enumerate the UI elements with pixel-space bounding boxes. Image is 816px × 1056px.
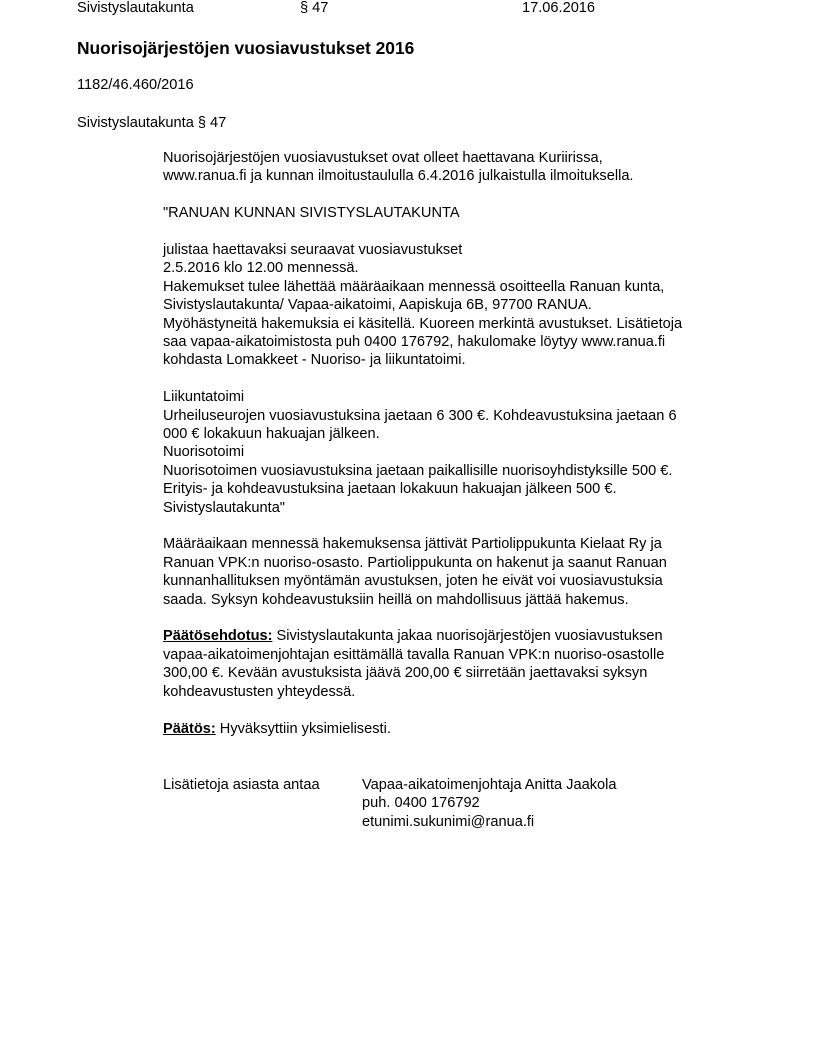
announcement-line: Myöhästyneitä hakemuksia ei käsitellä. K… bbox=[163, 315, 763, 333]
announcement-line: Sivistyslautakunta/ Vapaa-aikatoimi, Aap… bbox=[163, 296, 763, 314]
proposal-line: kohdeavustusten yhteydessä. bbox=[163, 683, 763, 701]
intro-line: www.ranua.fi ja kunnan ilmoitustaululla … bbox=[163, 167, 763, 185]
grants-line: Liikuntatoimi bbox=[163, 388, 763, 406]
announcement-heading: "RANUAN KUNNAN SIVISTYSLAUTAKUNTA bbox=[163, 204, 763, 222]
applicants-line: Ranuan VPK:n nuoriso-osasto. Partiolippu… bbox=[163, 554, 763, 572]
decision-text: Hyväksyttiin yksimielisesti. bbox=[216, 721, 391, 737]
document-title: Nuorisojärjestöjen vuosiavustukset 2016 bbox=[77, 37, 414, 59]
announcement-line: Hakemukset tulee lähettää määräaikaan me… bbox=[163, 278, 763, 296]
announcement-line: 2.5.2016 klo 12.00 mennessä. bbox=[163, 259, 763, 277]
contact-phone: puh. 0400 176792 bbox=[362, 794, 616, 812]
announcement-line: kohdasta Lomakkeet - Nuoriso- ja liikunt… bbox=[163, 351, 763, 369]
grants-line: Urheiluseurojen vuosiavustuksina jaetaan… bbox=[163, 407, 763, 425]
announcement-line: saa vapaa-aikatoimistosta puh 0400 17679… bbox=[163, 333, 763, 351]
header-department: Sivistyslautakunta bbox=[77, 0, 194, 17]
proposal-label: Päätösehdotus: bbox=[163, 628, 272, 644]
grants-line: Nuorisotoimi bbox=[163, 443, 763, 461]
grants-line: Sivistyslautakunta" bbox=[163, 499, 763, 517]
grants-line: Nuorisotoimen vuosiavustuksina jaetaan p… bbox=[163, 462, 763, 480]
diary-number: 1182/46.460/2016 bbox=[77, 76, 194, 94]
applicants-line: kunnanhallituksen myöntämän avustuksen, … bbox=[163, 572, 763, 590]
grants-line: Erityis- ja kohdeavustuksina jaetaan lok… bbox=[163, 480, 763, 498]
document-body: Nuorisojärjestöjen vuosiavustukset ovat … bbox=[163, 149, 763, 738]
decision-label: Päätös: bbox=[163, 721, 216, 737]
applicants-line: Määräaikaan mennessä hakemuksensa jättiv… bbox=[163, 535, 763, 553]
proposal-text: Sivistyslautakunta jakaa nuorisojärjestö… bbox=[272, 628, 662, 644]
contact-label: Lisätietoja asiasta antaa bbox=[163, 776, 320, 794]
announcement-line: julistaa haettavaksi seuraavat vuosiavus… bbox=[163, 241, 763, 259]
section-reference: Sivistyslautakunta § 47 bbox=[77, 114, 226, 132]
contact-email: etunimi.sukunimi@ranua.fi bbox=[362, 813, 616, 831]
proposal-line: 300,00 €. Kevään avustuksista jäävä 200,… bbox=[163, 664, 763, 682]
header-date: 17.06.2016 bbox=[522, 0, 595, 17]
decision-paragraph: Päätös: Hyväksyttiin yksimielisesti. bbox=[163, 720, 763, 738]
intro-line: Nuorisojärjestöjen vuosiavustukset ovat … bbox=[163, 149, 763, 167]
proposal-paragraph: Päätösehdotus: Sivistyslautakunta jakaa … bbox=[163, 627, 763, 645]
contact-name: Vapaa-aikatoimenjohtaja Anitta Jaakola bbox=[362, 776, 616, 794]
header-section-number: § 47 bbox=[300, 0, 328, 17]
applicants-line: saada. Syksyn kohdeavustuksiin heillä on… bbox=[163, 591, 763, 609]
proposal-line: vapaa-aikatoimenjohtajan esittämällä tav… bbox=[163, 646, 763, 664]
grants-line: 000 € lokakuun hakuajan jälkeen. bbox=[163, 425, 763, 443]
